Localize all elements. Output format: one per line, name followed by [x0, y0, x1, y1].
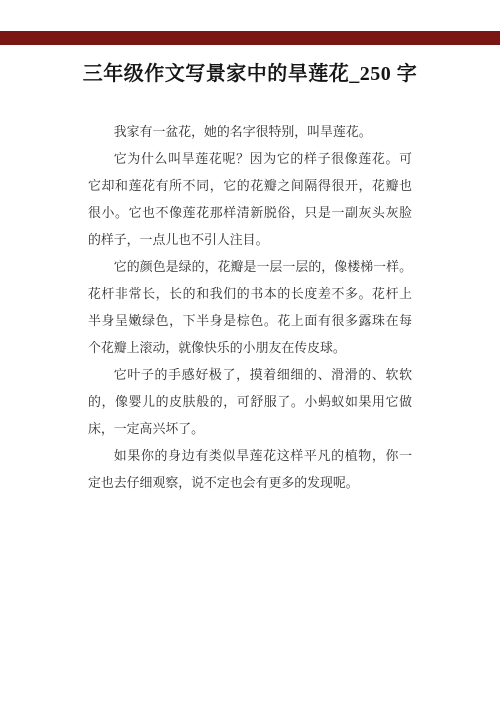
document-page: 三年级作文写景家中的旱莲花_250 字 我家有一盆花，她的名字很特别，叫旱莲花。…: [0, 0, 500, 708]
text-line: 它的颜色是绿的，花瓣是一层一层的，像楼梯一样。: [88, 254, 412, 281]
text-line: 很小。它也不像莲花那样清新脱俗，只是一副灰头灰脸: [88, 200, 412, 227]
text-line: 床，一定高兴坏了。: [88, 416, 412, 443]
text-line: 个花瓣上滚动，就像快乐的小朋友在传皮球。: [88, 335, 412, 362]
text-line: 如果你的身边有类似旱莲花这样平凡的植物，你一: [88, 443, 412, 470]
text-line: 它叶子的手感好极了，摸着细细的、滑滑的、软软: [88, 362, 412, 389]
top-accent-bar: [0, 31, 500, 45]
paragraph-5: 如果你的身边有类似旱莲花这样平凡的植物，你一 定也去仔细观察，说不定也会有更多的…: [88, 443, 412, 497]
text-line: 半身呈嫩绿色，下半身是棕色。花上面有很多露珠在每: [88, 308, 412, 335]
paragraph-2: 它为什么叫旱莲花呢？因为它的样子很像莲花。可 它却和莲花有所不同，它的花瓣之间隔…: [88, 146, 412, 254]
text-line: 花杆非常长，长的和我们的书本的长度差不多。花杆上: [88, 281, 412, 308]
text-line: 定也去仔细观察，说不定也会有更多的发现呢。: [88, 470, 412, 497]
paragraph-3: 它的颜色是绿的，花瓣是一层一层的，像楼梯一样。 花杆非常长，长的和我们的书本的长…: [88, 254, 412, 362]
text-line: 它却和莲花有所不同，它的花瓣之间隔得很开，花瓣也: [88, 173, 412, 200]
document-title: 三年级作文写景家中的旱莲花_250 字: [0, 60, 500, 88]
paragraph-1: 我家有一盆花，她的名字很特别，叫旱莲花。: [88, 119, 412, 146]
text-line: 的，像婴儿的皮肤般的，可舒服了。小蚂蚁如果用它做: [88, 389, 412, 416]
text-line: 它为什么叫旱莲花呢？因为它的样子很像莲花。可: [88, 146, 412, 173]
text-line: 我家有一盆花，她的名字很特别，叫旱莲花。: [88, 119, 412, 146]
document-body: 我家有一盆花，她的名字很特别，叫旱莲花。 它为什么叫旱莲花呢？因为它的样子很像莲…: [88, 119, 412, 497]
paragraph-4: 它叶子的手感好极了，摸着细细的、滑滑的、软软 的，像婴儿的皮肤般的，可舒服了。小…: [88, 362, 412, 443]
text-line: 的样子，一点儿也不引人注目。: [88, 227, 412, 254]
